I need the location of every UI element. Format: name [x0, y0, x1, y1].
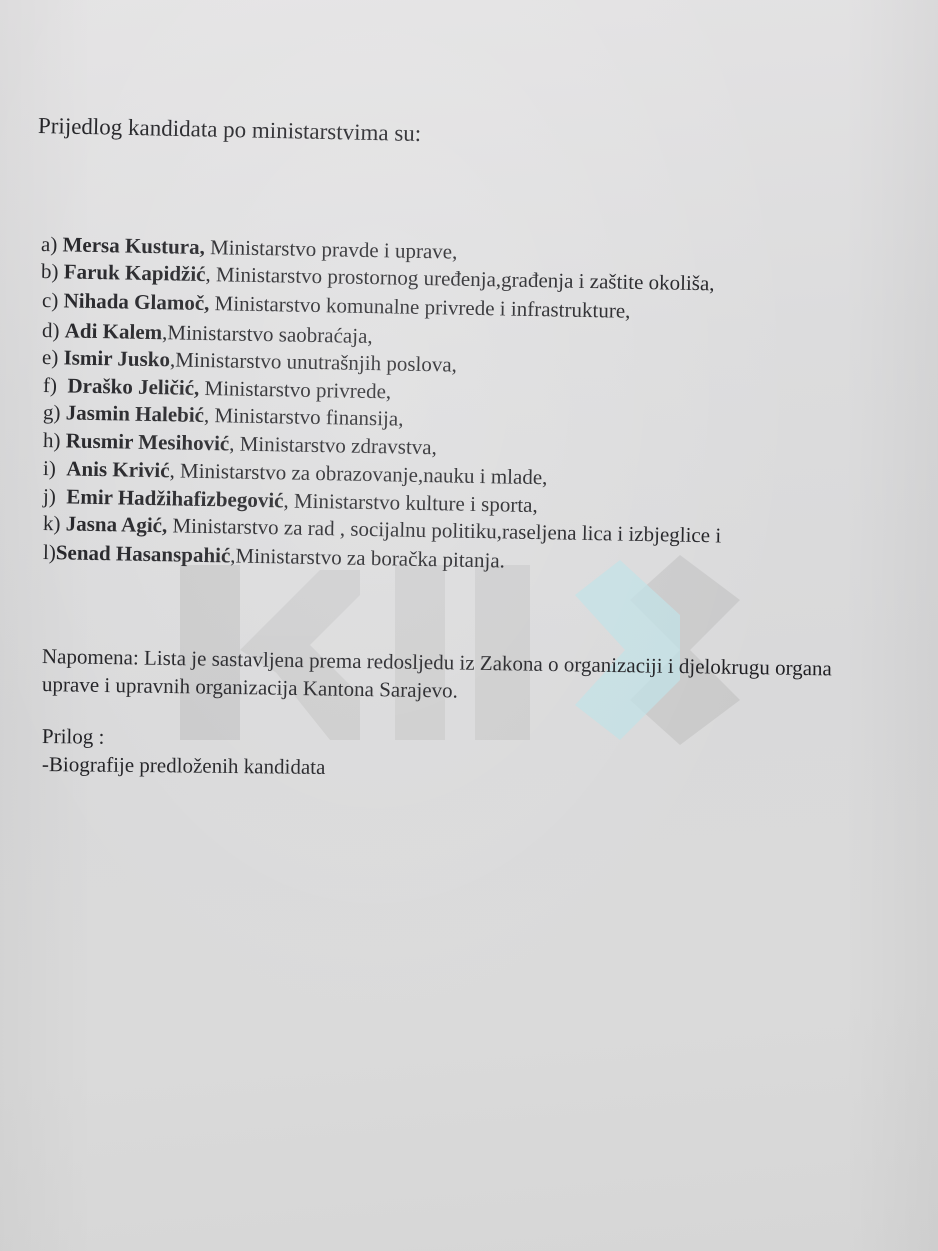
candidate-name: Nihada Glamoč,	[63, 288, 209, 315]
candidate-name: Faruk Kapidžić	[64, 259, 206, 286]
ministry-name: , Ministarstvo finansija,	[204, 403, 404, 431]
candidate-name: Jasmin Halebić	[66, 400, 205, 427]
ministry-name: Ministarstvo pravde i uprave,	[205, 235, 458, 264]
candidate-name: Rusmir Mesihović	[66, 428, 230, 455]
list-marker: k)	[43, 511, 61, 535]
ministry-name: , Ministarstvo za obrazovanje,nauku i ml…	[169, 458, 547, 489]
ministry-name: , Ministarstvo kulture i sporta,	[283, 488, 538, 517]
document-page: Prijedlog kandidata po ministarstvima su…	[0, 0, 938, 1251]
list-marker: g)	[43, 400, 61, 424]
candidate-name: Anis Krivić	[66, 456, 170, 482]
attachment-label: Prilog :	[42, 724, 105, 750]
attachment-item: -Biografije predloženih kandidata	[42, 752, 326, 780]
candidate-name: Jasna Agić,	[66, 511, 168, 537]
ministry-name: , Ministarstvo prostornog uređenja,građe…	[205, 262, 714, 295]
list-marker: c)	[42, 288, 59, 312]
list-marker: b)	[41, 259, 59, 283]
ministry-name: , Ministarstvo zdravstva,	[229, 431, 437, 459]
list-marker: f)	[43, 373, 57, 397]
list-item: e) Ismir Jusko,Ministarstvo unutrašnjih …	[42, 345, 457, 378]
document-heading: Prijedlog kandidata po ministarstvima su…	[38, 113, 422, 147]
list-marker: a)	[41, 232, 58, 256]
paper-shading	[0, 0, 938, 1251]
ministry-name: ,Ministarstvo unutrašnjih poslova,	[170, 347, 457, 376]
candidate-name: Mersa Kustura,	[62, 232, 205, 259]
ministry-name: ,Ministarstvo za boračka pitanja.	[230, 543, 505, 572]
candidate-name: Ismir Jusko	[63, 345, 170, 371]
candidate-name: Emir Hadžihafizbegović	[66, 484, 284, 512]
candidate-name: Draško Jeličić,	[67, 373, 199, 399]
candidate-name: Adi Kalem	[65, 318, 163, 344]
list-marker: h)	[43, 428, 61, 452]
ministry-name: Ministarstvo za rad , socijalnu politiku…	[167, 513, 721, 547]
note-line: uprave i upravnih organizacija Kantona S…	[42, 672, 458, 704]
list-marker: l)	[43, 540, 56, 564]
candidate-name: Senad Hasanspahić	[56, 540, 231, 567]
ministry-name: Ministarstvo komunalne privrede i infras…	[209, 291, 630, 323]
ministry-name: ,Ministarstvo saobraćaja,	[162, 320, 373, 348]
list-item: h) Rusmir Mesihović, Ministarstvo zdravs…	[43, 428, 437, 460]
list-item: f) Draško Jeličić, Ministarstvo privrede…	[43, 373, 392, 404]
ministry-name: Ministarstvo privrede,	[199, 376, 391, 404]
list-marker: j)	[43, 484, 56, 508]
list-item: g) Jasmin Halebić, Ministarstvo finansij…	[43, 400, 404, 432]
list-item: d) Adi Kalem,Ministarstvo saobraćaja,	[42, 318, 373, 349]
list-item: l)Senad Hasanspahić,Ministarstvo za bora…	[43, 540, 505, 573]
list-marker: i)	[43, 456, 56, 480]
list-marker: e)	[42, 345, 59, 369]
list-marker: d)	[42, 318, 60, 342]
list-item: c) Nihada Glamoč, Ministarstvo komunalne…	[42, 288, 631, 324]
